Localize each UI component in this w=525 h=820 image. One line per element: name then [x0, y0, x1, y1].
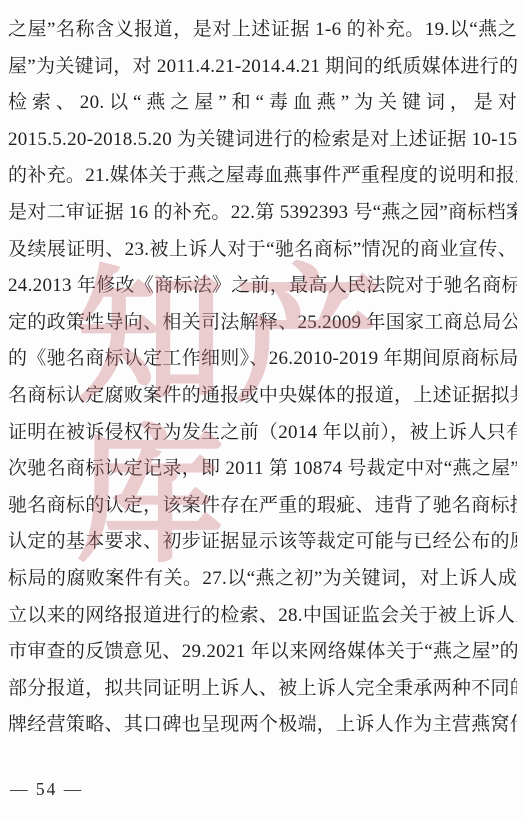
body-line: 证明在被诉侵权行为发生之前（2014 年以前），被上诉人只有一 — [8, 415, 517, 452]
body-line: 次驰名商标认定记录，即 2011 第 10874 号裁定中对“燕之屋” — [8, 451, 517, 488]
page-number: — 54 — — [10, 779, 83, 800]
body-line: 之屋”名称含义报道，是对上述证据 1-6 的补充。19.以“燕之 — [8, 12, 517, 49]
body-line: 牌经营策略、其口碑也呈现两个极端，上诉人作为主营燕窝代工 — [8, 707, 517, 744]
body-line: 检索、20.以“燕之屋”和“毒血燕”为关键词，是对 — [8, 85, 517, 122]
body-line: 立以来的网络报道进行的检索、28.中国证监会关于被上诉人上 — [8, 598, 517, 635]
body-text-block: 之屋”名称含义报道，是对上述证据 1-6 的补充。19.以“燕之 屋”为关键词，… — [8, 12, 517, 744]
body-line: 部分报道，拟共同证明上诉人、被上诉人完全秉承两种不同的品 — [8, 671, 517, 708]
body-line: 2015.5.20-2018.5.20 为关键词进行的检索是对上述证据 10-1… — [8, 122, 517, 159]
document-page: 知产库 之屋”名称含义报道，是对上述证据 1-6 的补充。19.以“燕之 屋”为… — [0, 0, 525, 820]
body-line: 定的政策性导向、相关司法解释、25.2009 年国家工商总局公布 — [8, 305, 517, 342]
body-line: 市审查的反馈意见、29.2021 年以来网络媒体关于“燕之屋”的 — [8, 634, 517, 671]
body-line: 及续展证明、23.被上诉人对于“驰名商标”情况的商业宣传、 — [8, 232, 517, 269]
body-line: 24.2013 年修改《商标法》之前，最高人民法院对于驰名商标认 — [8, 268, 517, 305]
body-line: 标局的腐败案件有关。27.以“燕之初”为关键词，对上诉人成 — [8, 561, 517, 598]
body-line: 名商标认定腐败案件的通报或中央媒体的报道，上述证据拟共同 — [8, 378, 517, 415]
body-line: 驰名商标的认定，该案件存在严重的瑕疵、违背了驰名商标按需 — [8, 488, 517, 525]
body-line: 的《驰名商标认定工作细则》、26.2010-2019 年期间原商标局驰 — [8, 341, 517, 378]
body-line: 屋”为关键词，对 2011.4.21-2014.4.21 期间的纸质媒体进行的 — [8, 49, 517, 86]
body-line: 是对二审证据 16 的补充。22.第 5392393 号“燕之园”商标档案 — [8, 195, 517, 232]
body-line: 认定的基本要求、初步证据显示该等裁定可能与已经公布的原商 — [8, 524, 517, 561]
body-line: 的补充。21.媒体关于燕之屋毒血燕事件严重程度的说明和报道， — [8, 158, 517, 195]
